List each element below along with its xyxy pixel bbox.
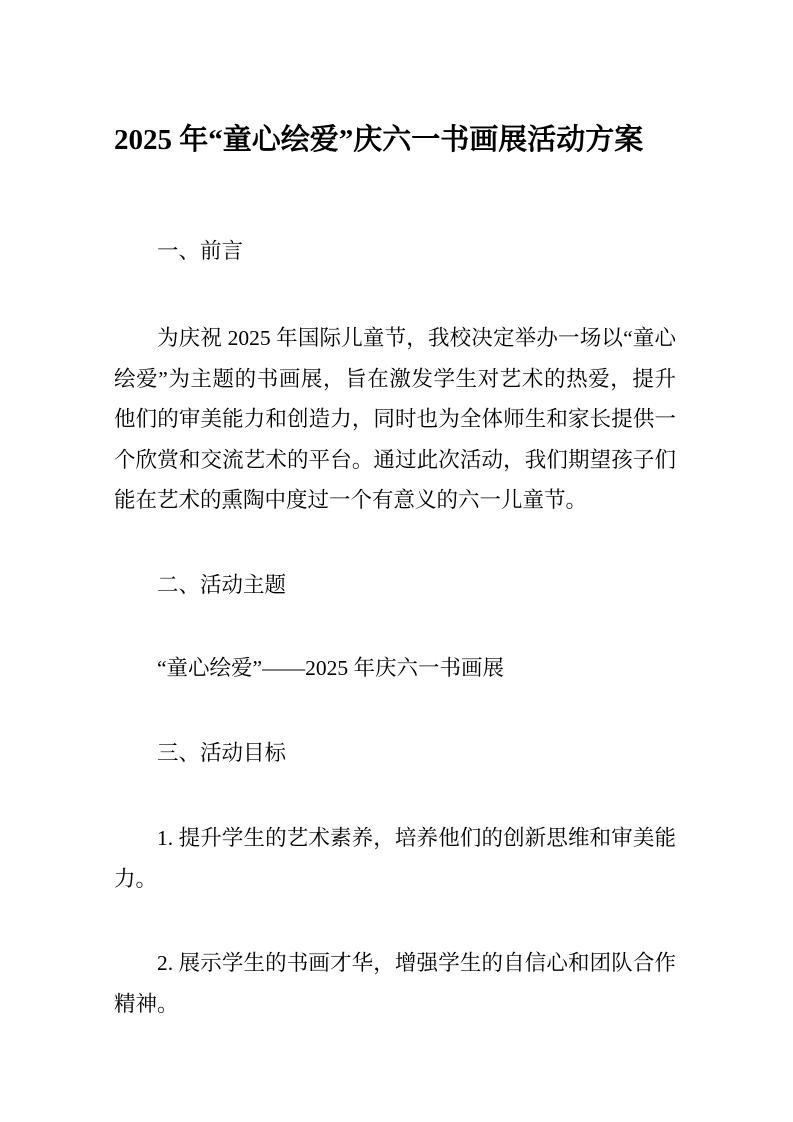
section-heading-activity-theme: 二、活动主题	[114, 565, 676, 606]
section-heading-foreword: 一、前言	[114, 231, 676, 272]
foreword-paragraph: 为庆祝 2025 年国际儿童节，我校决定举办一场以“童心绘爱”为主题的书画展，旨…	[114, 318, 676, 521]
goal-item-2: 2. 展示学生的书画才华，增强学生的自信心和团队合作精神。	[114, 943, 676, 1024]
section-heading-activity-goals: 三、活动目标	[114, 733, 676, 774]
goal-item-1: 1. 提升学生的艺术素养，培养他们的创新思维和审美能力。	[114, 818, 676, 899]
document-title: 2025 年“童心绘爱”庆六一书画展活动方案	[114, 119, 643, 161]
document-page: 2025 年“童心绘爱”庆六一书画展活动方案 一、前言 为庆祝 2025 年国际…	[0, 0, 793, 1122]
activity-theme-line: “童心绘爱”——2025 年庆六一书画展	[114, 648, 676, 689]
